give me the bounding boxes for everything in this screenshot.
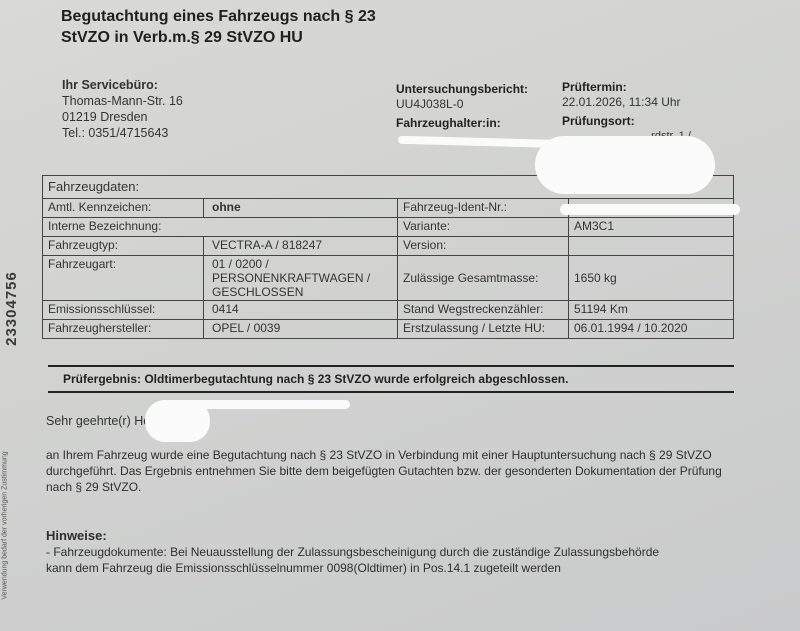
service-office-block: Ihr Servicebüro: Thomas-Mann-Str. 16 012… [62, 77, 183, 141]
label-variant: Variante: [398, 218, 569, 237]
table-row: Fahrzeughersteller: OPEL / 0039 Erstzula… [43, 320, 734, 339]
vehicle-kind-line-2: PERSONENKRAFTWAGEN / [212, 271, 392, 285]
title-line-1: Begutachtung eines Fahrzeugs nach § 23 [61, 6, 376, 27]
document-title: Begutachtung eines Fahrzeugs nach § 23 S… [61, 6, 376, 48]
letter-body: an Ihrem Fahrzeug wurde eine Begutachtun… [46, 447, 736, 495]
vehicle-data-table: Fahrzeugdaten: Amtl. Kennzeichen: ohne F… [42, 175, 734, 339]
label-version: Version: [398, 237, 569, 256]
service-office-street: Thomas-Mann-Str. 16 [62, 93, 183, 109]
label-license-plate: Amtl. Kennzeichen: [43, 199, 204, 218]
service-office-city: 01219 Dresden [62, 109, 183, 125]
letter-greeting: Sehr geehrte(r) Her [46, 414, 154, 428]
service-office-phone: Tel.: 0351/4715643 [62, 125, 183, 141]
hints-block: Hinweise: - Fahrzeugdokumente: Bei Neuau… [46, 528, 766, 576]
value-license-plate: ohne [204, 199, 398, 218]
value-vehicle-kind: 01 / 0200 / PERSONENKRAFTWAGEN / GESCHLO… [204, 256, 398, 301]
label-vehicle-type: Fahrzeugtyp: [43, 237, 204, 256]
value-odometer: 51194 Km [569, 301, 734, 320]
report-number: UU4J038L-0 [396, 97, 528, 112]
hints-label: Hinweise: [46, 528, 766, 544]
table-row: Fahrzeugart: 01 / 0200 / PERSONENKRAFTWA… [43, 256, 734, 301]
hints-line-1: - Fahrzeugdokumente: Bei Neuausstellung … [46, 544, 766, 560]
vertical-note-text: Verwendung bedarf der vorherigen Zustimm… [2, 451, 9, 599]
appointment-block: Prüftermin: 22.01.2026, 11:34 Uhr Prüfun… [562, 80, 691, 144]
label-first-registration: Erstzulassung / Letzte HU: [398, 320, 569, 339]
inspection-result: Prüfergebnis: Oldtimerbegutachtung nach … [48, 365, 734, 393]
value-version [569, 237, 734, 256]
vehicle-kind-line-1: 01 / 0200 / [212, 257, 392, 271]
label-vehicle-kind: Fahrzeugart: [43, 256, 204, 301]
redaction-name-blob [145, 400, 210, 442]
value-manufacturer: OPEL / 0039 [204, 320, 398, 339]
redaction-location [535, 136, 715, 194]
value-emission-key: 0414 [204, 301, 398, 320]
table-row: Fahrzeugtyp: VECTRA-A / 818247 Version: [43, 237, 734, 256]
table-row: Interne Bezeichnung: Variante: AM3C1 [43, 218, 734, 237]
side-vertical-note: Verwendung bedarf der vorherigen Zustimm… [0, 420, 10, 630]
document-page: 23304756 Verwendung bedarf der vorherige… [0, 0, 800, 631]
appointment-label: Prüftermin: [562, 80, 691, 95]
value-gross-weight: 1650 kg [569, 256, 734, 301]
label-emission-key: Emissionsschlüssel: [43, 301, 204, 320]
label-internal-designation: Interne Bezeichnung: [43, 218, 398, 237]
label-gross-weight: Zulässige Gesamtmasse: [398, 256, 569, 301]
label-vin: Fahrzeug-Ident-Nr.: [398, 199, 569, 218]
value-vehicle-type: VECTRA-A / 818247 [204, 237, 398, 256]
table-row: Emissionsschlüssel: 0414 Stand Wegstreck… [43, 301, 734, 320]
label-manufacturer: Fahrzeughersteller: [43, 320, 204, 339]
title-line-2: StVZO in Verb.m.§ 29 StVZO HU [61, 27, 376, 48]
vehicle-kind-line-3: GESCHLOSSEN [212, 285, 392, 299]
value-variant: AM3C1 [569, 218, 734, 237]
hints-line-2: kann dem Fahrzeug die Emissionsschlüssel… [46, 560, 766, 576]
appointment-value: 22.01.2026, 11:34 Uhr [562, 95, 691, 110]
service-office-label: Ihr Servicebüro: [62, 77, 183, 93]
holder-label: Fahrzeughalter:in: [396, 116, 528, 131]
report-block: Untersuchungsbericht: UU4J038L-0 Fahrzeu… [396, 82, 528, 131]
redaction-vin [560, 204, 740, 215]
label-odometer: Stand Wegstreckenzähler: [398, 301, 569, 320]
location-label: Prüfungsort: [562, 114, 691, 129]
report-label: Untersuchungsbericht: [396, 82, 528, 97]
side-document-number: 23304756 [0, 262, 22, 354]
value-first-registration: 06.01.1994 / 10.2020 [569, 320, 734, 339]
document-number-text: 23304756 [3, 271, 20, 346]
